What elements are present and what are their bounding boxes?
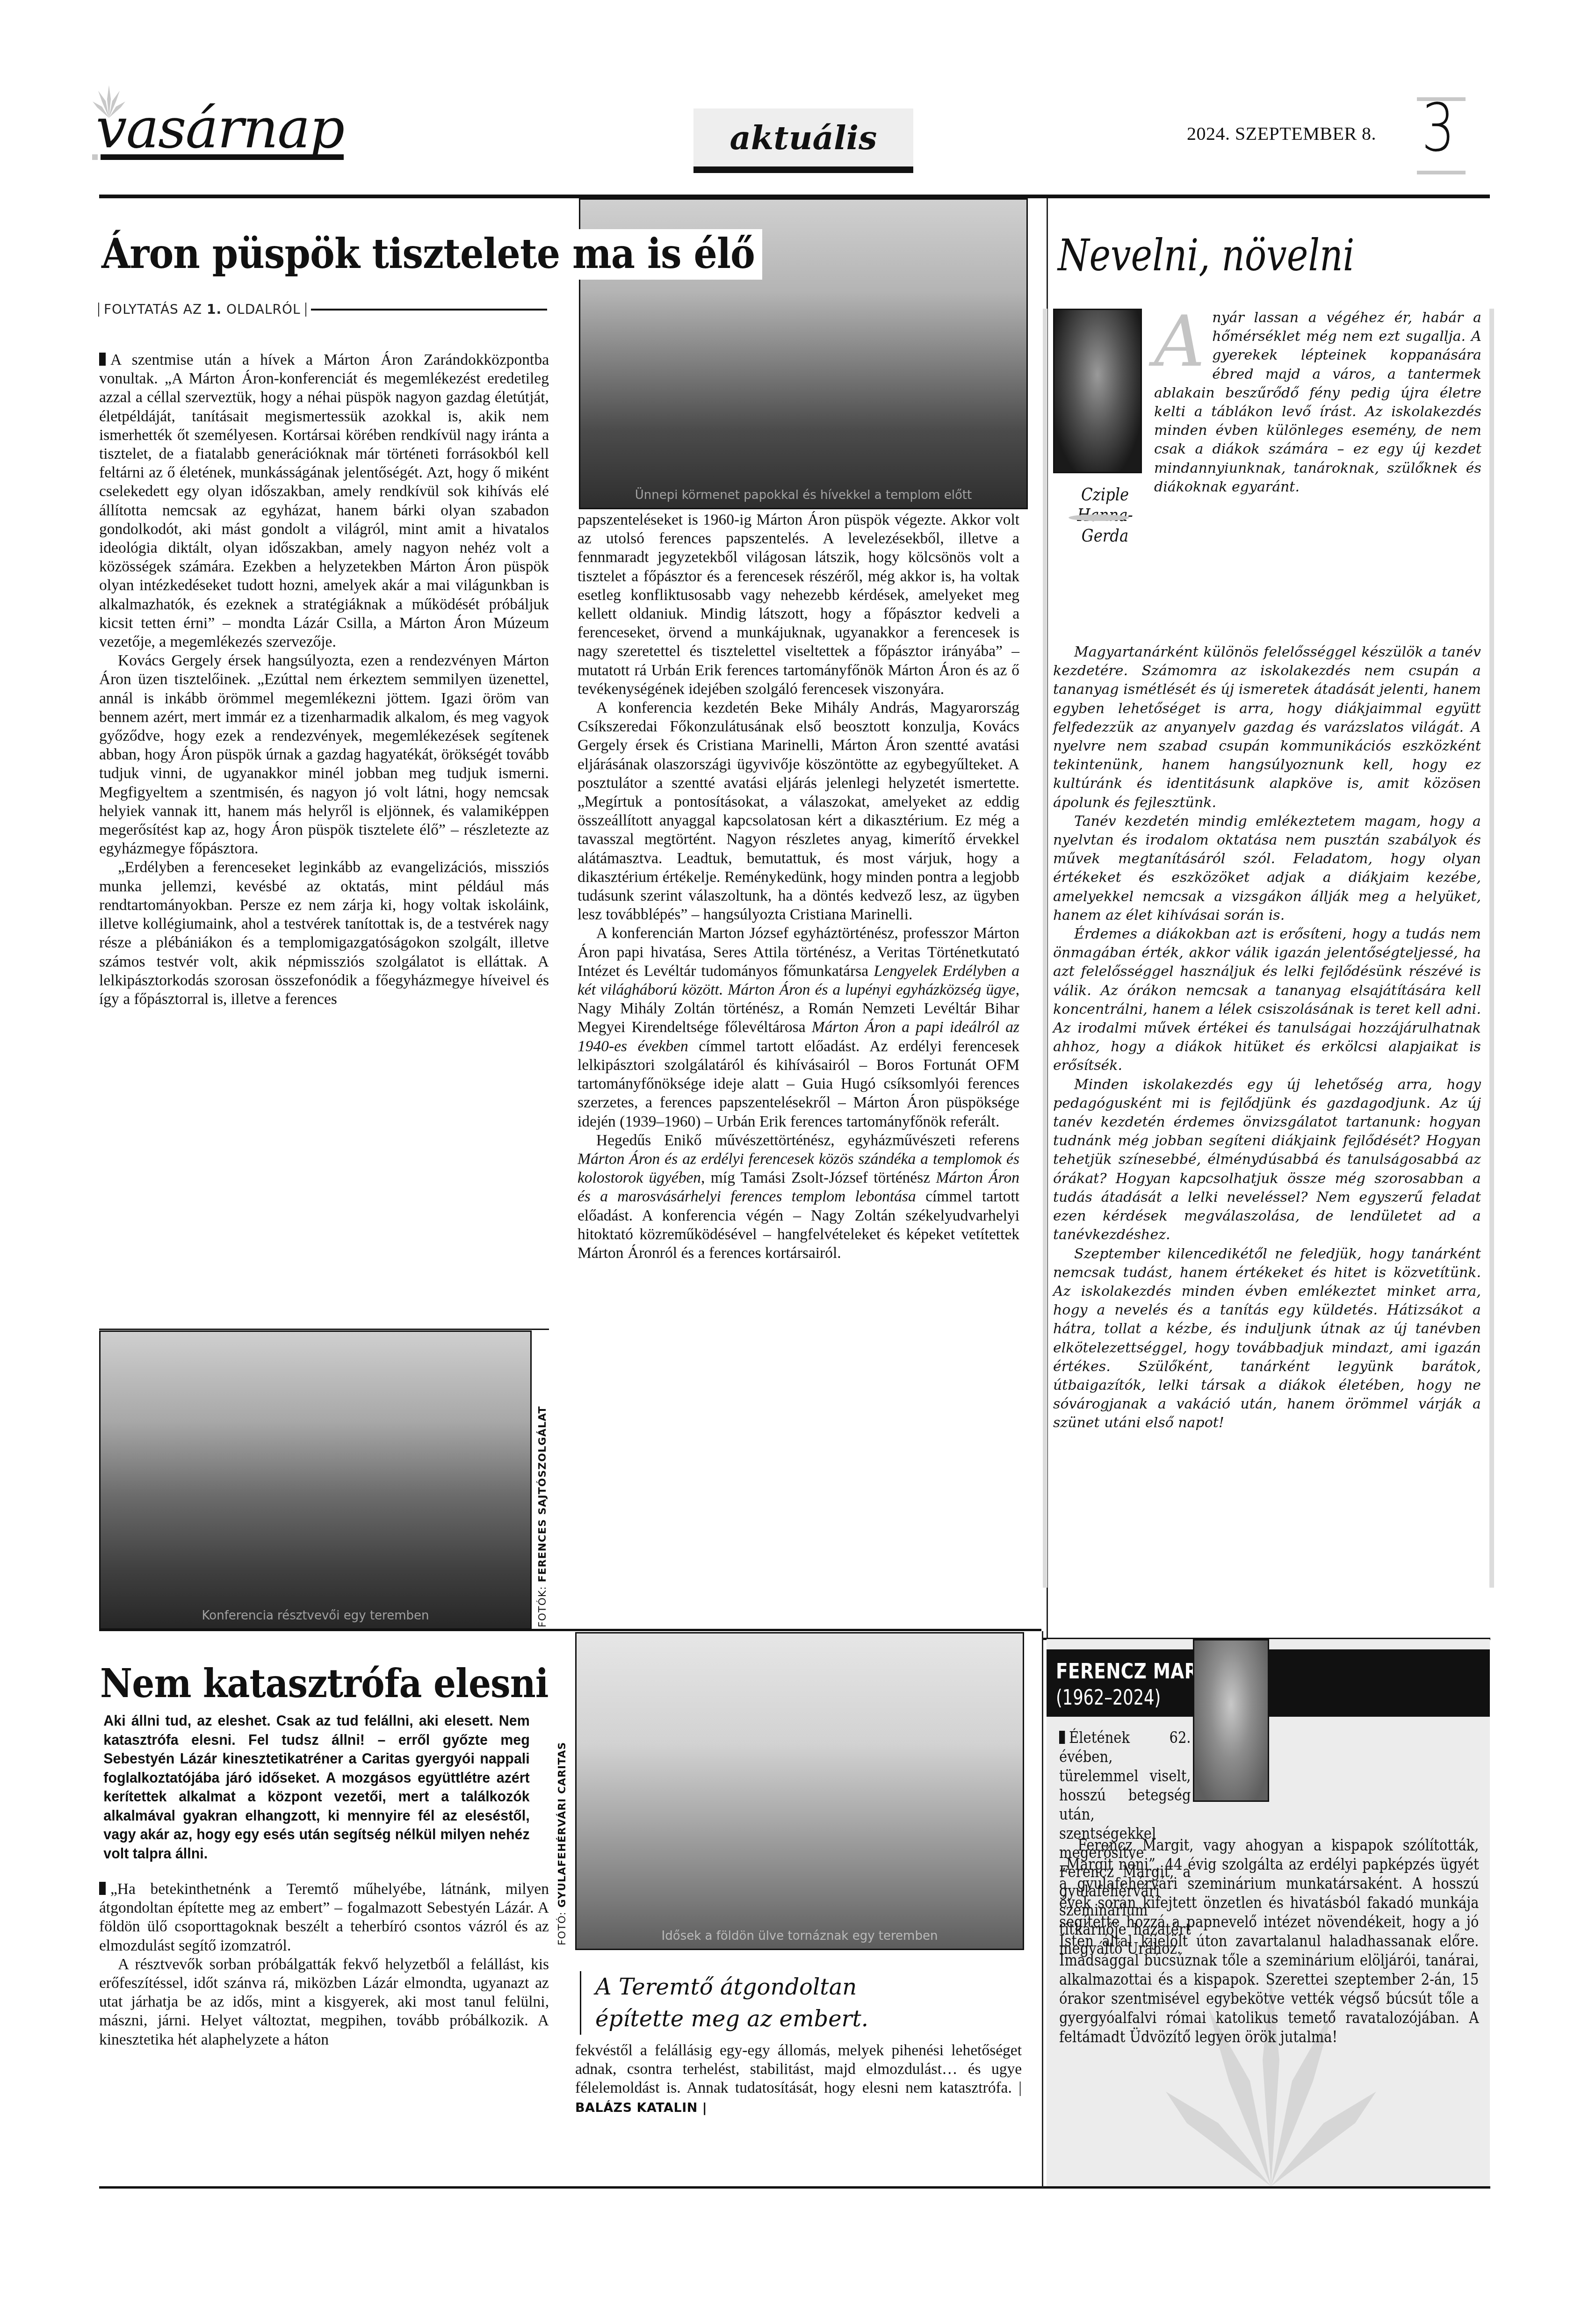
obituary-photo [1193,1639,1269,1802]
obituary-body-continued: Ferencz Margit, vagy ahogyan a kispapok … [1059,1836,1479,2046]
paragraph: Hegedűs Enikő művészettörténész, egyházm… [578,1131,1019,1263]
kicker-bar [98,303,99,317]
section-label: aktuális [729,118,877,157]
second-article-continuation: fekvéstől a felállásig egy-egy állomás, … [575,2041,1022,2118]
issue-date: 2024. SZEPTEMBER 8. [1187,123,1376,145]
conference-photo: Konferencia résztvevői egy teremben [99,1330,532,1630]
drop-cap: A [1154,312,1205,372]
opinion-left-rail [1043,309,1047,1588]
pull-quote: A Teremtő átgondoltan építette meg az em… [580,1971,907,2035]
paragraph: Szeptember kilencedikétől ne feledjük, h… [1053,1245,1481,1433]
kicker-text: FOLYTATÁS AZ 1. OLDALRÓL [104,302,301,317]
second-headline: Nem katasztrófa elesni [96,1660,556,1709]
paragraph: Érdemes a diákokban azt is erősíteni, ho… [1053,925,1481,1076]
paragraph: Minden iskolakezdés egy új lehetőség arr… [1053,1076,1481,1245]
caption-ornament [1069,514,1129,521]
logo-underline [101,154,344,160]
header-divider [99,195,1490,198]
page-number-rule-bottom [1417,171,1466,174]
paragraph: Ferencz Margit, vagy ahogyan a kispapok … [1059,1836,1479,2046]
column-divider [1042,1631,1043,2188]
opinion-body-continued: Magyartanárként különös felelősséggel ké… [1053,643,1481,1433]
second-article-lead: Aki állni tud, az eleshet. Csak az tud f… [103,1712,529,1863]
paragraph: „Erdélyben a ferenceseket leginkább az e… [99,858,549,1009]
main-headline: Áron püspök tisztelete ma is élő [97,229,762,280]
opinion-right-rail [1489,309,1494,1588]
photo-credit: FOTÓ: GYULAFEHÉRVÁRI CARITAS [556,1702,568,1945]
main-article-column-1: A szentmise után a hívek a Márton Áron Z… [99,351,549,1009]
photo-credit: FOTÓK: FERENCES SAJTÓSZOLGÁLAT [537,1394,549,1627]
byline: BALÁZS KATALIN | [575,2101,707,2115]
paragraph: Tanév kezdetén mindig emlékeztetem magam… [1053,812,1481,925]
opinion-body: Anyár lassan a végéhez ér, habár a hőmér… [1154,309,1481,497]
paragraph: A résztvevők sorban próbálgatták fekvő h… [99,1955,549,2049]
main-article-column-2: papszenteléseket is 1960-ig Márton Áron … [578,505,1019,1263]
paragraph: A konferencia kezdetén Beke Mihály Andrá… [578,699,1019,924]
seniors-exercise-photo: Idősek a földön ülve tornáznak egy terem… [575,1632,1024,1950]
opinion-headline: Nevelni, növelni [1058,234,1354,278]
paragraph: A konferencián Marton József egyháztörté… [578,924,1019,1131]
paragraph: „Ha betekinthetnénk a Teremtő műhelyébe,… [99,1880,549,1955]
obituary-years: (1962–2024) [1056,1686,1161,1710]
publication-logo: vasárnap [96,101,344,156]
kicker-bar [305,303,306,317]
paragraph: A szentmise után a hívek a Márton Áron Z… [99,351,549,651]
paragraph: papszenteléseket is 1960-ig Márton Áron … [578,511,1019,699]
section-divider [99,1629,1041,1631]
paragraph: Magyartanárként különös felelősséggel ké… [1053,643,1481,812]
section-tag: aktuális [693,108,913,173]
continuation-kicker: FOLYTATÁS AZ 1. OLDALRÓL [98,302,547,317]
photo-top-rule [99,1329,549,1330]
paragraph: Kovács Gergely érsek hangsúlyozta, ezen … [99,651,549,858]
bottom-rule [99,2186,1490,2189]
kicker-rule [311,309,547,311]
paragraph: Anyár lassan a végéhez ér, habár a hőmér… [1154,309,1481,497]
second-article-body: „Ha betekinthetnénk a Teremtő műhelyébe,… [99,1880,549,2049]
page-number: 3 [1422,96,1455,161]
paragraph: fekvéstől a felállásig egy-egy állomás, … [575,2041,1022,2118]
author-portrait-photo [1053,309,1142,473]
